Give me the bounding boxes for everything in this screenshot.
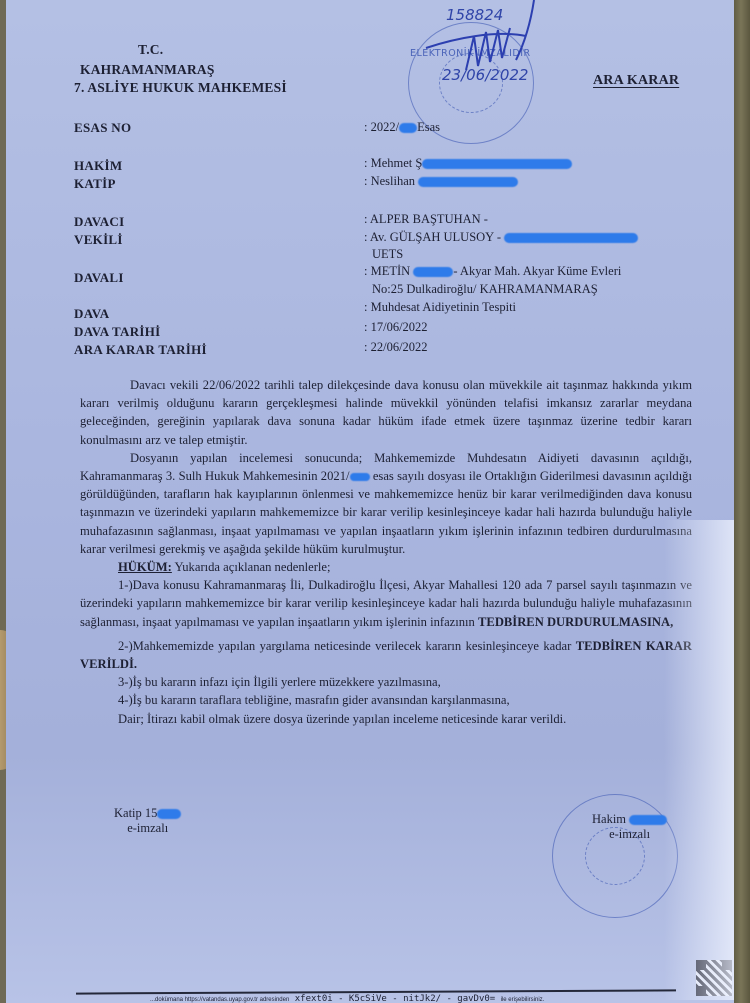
document-type: ARA KARAR <box>593 73 679 89</box>
field-value-davali-address: No:25 Dulkadiroğlu/ KAHRAMANMARAŞ <box>372 282 598 297</box>
field-label-dava-tarihi: DAVA TARİHİ <box>74 324 161 340</box>
ruling-item-1: 1-)Dava konusu Kahramanmaraş İli, Dulkad… <box>80 576 692 631</box>
field-label-katip: KATİP <box>74 176 116 192</box>
ruling-item-2: 2-)Mahkememizde yapılan yargılama netice… <box>80 637 692 673</box>
redaction-mark <box>350 473 370 481</box>
field-value-hakim: : Mehmet Ş <box>364 156 572 171</box>
ruling-conclusion: Dair; İtirazı kabil olmak üzere dosya üz… <box>80 710 692 728</box>
field-value-dava-tarihi: : 17/06/2022 <box>364 320 428 335</box>
field-label-dava: DAVA <box>74 306 109 322</box>
field-label-ara-karar-tarihi: ARA KARAR TARİHİ <box>74 342 207 358</box>
katip-signature: Katip 15 e-imzalı <box>114 806 181 836</box>
field-value-esas-no: : 2022/Esas <box>364 120 440 135</box>
field-label-vekili: VEKİLİ <box>74 232 123 248</box>
ruling-item-3: 3-)İş bu kararın infazı için İlgili yerl… <box>80 673 692 691</box>
redaction-mark <box>418 177 518 187</box>
paragraph-hukum: HÜKÜM: Yukarıda açıklanan nedenlerle; <box>80 558 692 576</box>
redaction-mark <box>422 159 572 169</box>
paragraph-request: Davacı vekili 22/06/2022 tarihli talep d… <box>80 376 692 449</box>
field-label-hakim: HAKİM <box>74 158 122 174</box>
redaction-mark <box>629 815 667 825</box>
redaction-mark <box>157 809 181 819</box>
verification-code: xfext0i - K5cSiVe - nitJk2/ - gavDv0= <box>295 994 495 1003</box>
redaction-mark <box>504 233 638 243</box>
document-body: Davacı vekili 22/06/2022 tarihli talep d… <box>80 376 692 728</box>
field-value-dava: : Muhdesat Aidiyetinin Tespiti <box>364 300 516 315</box>
field-value-katip: : Neslihan <box>364 174 518 189</box>
field-value-vekili-uets: UETS <box>372 247 403 262</box>
header-tc: T.C. <box>138 42 163 58</box>
redaction-mark <box>413 267 453 277</box>
redaction-mark <box>399 123 417 133</box>
field-label-davaci: DAVACI <box>74 214 124 230</box>
header-city: KAHRAMANMARAŞ <box>80 62 215 78</box>
handwritten-signature-icon <box>416 0 546 80</box>
court-document-page: T.C. KAHRAMANMARAŞ 7. ASLİYE HUKUK MAHKE… <box>6 0 734 1003</box>
footer-verification: ...dokümana https://vatandas.uyap.gov.tr… <box>150 994 544 1003</box>
field-label-esas-no: ESAS NO <box>74 120 131 136</box>
header-court: 7. ASLİYE HUKUK MAHKEMESİ <box>74 80 287 96</box>
field-value-davali: : METİN - Akyar Mah. Akyar Küme Evleri <box>364 264 621 279</box>
field-value-davaci: : ALPER BAŞTUHAN - <box>364 212 488 227</box>
background-surface <box>732 0 750 1003</box>
field-label-davali: DAVALI <box>74 270 124 286</box>
ruling-item-4: 4-)İş bu kararın taraflara tebliğine, ma… <box>80 691 692 709</box>
field-value-ara-karar-tarihi: : 22/06/2022 <box>364 340 428 355</box>
hakim-signature: Hakim e-imzalı <box>592 812 667 842</box>
field-value-vekili: : Av. GÜLŞAH ULUSOY - <box>364 230 638 245</box>
qr-code-icon <box>696 960 732 996</box>
paragraph-review: Dosyanın yapılan incelemesi sonucunda; M… <box>80 449 692 558</box>
